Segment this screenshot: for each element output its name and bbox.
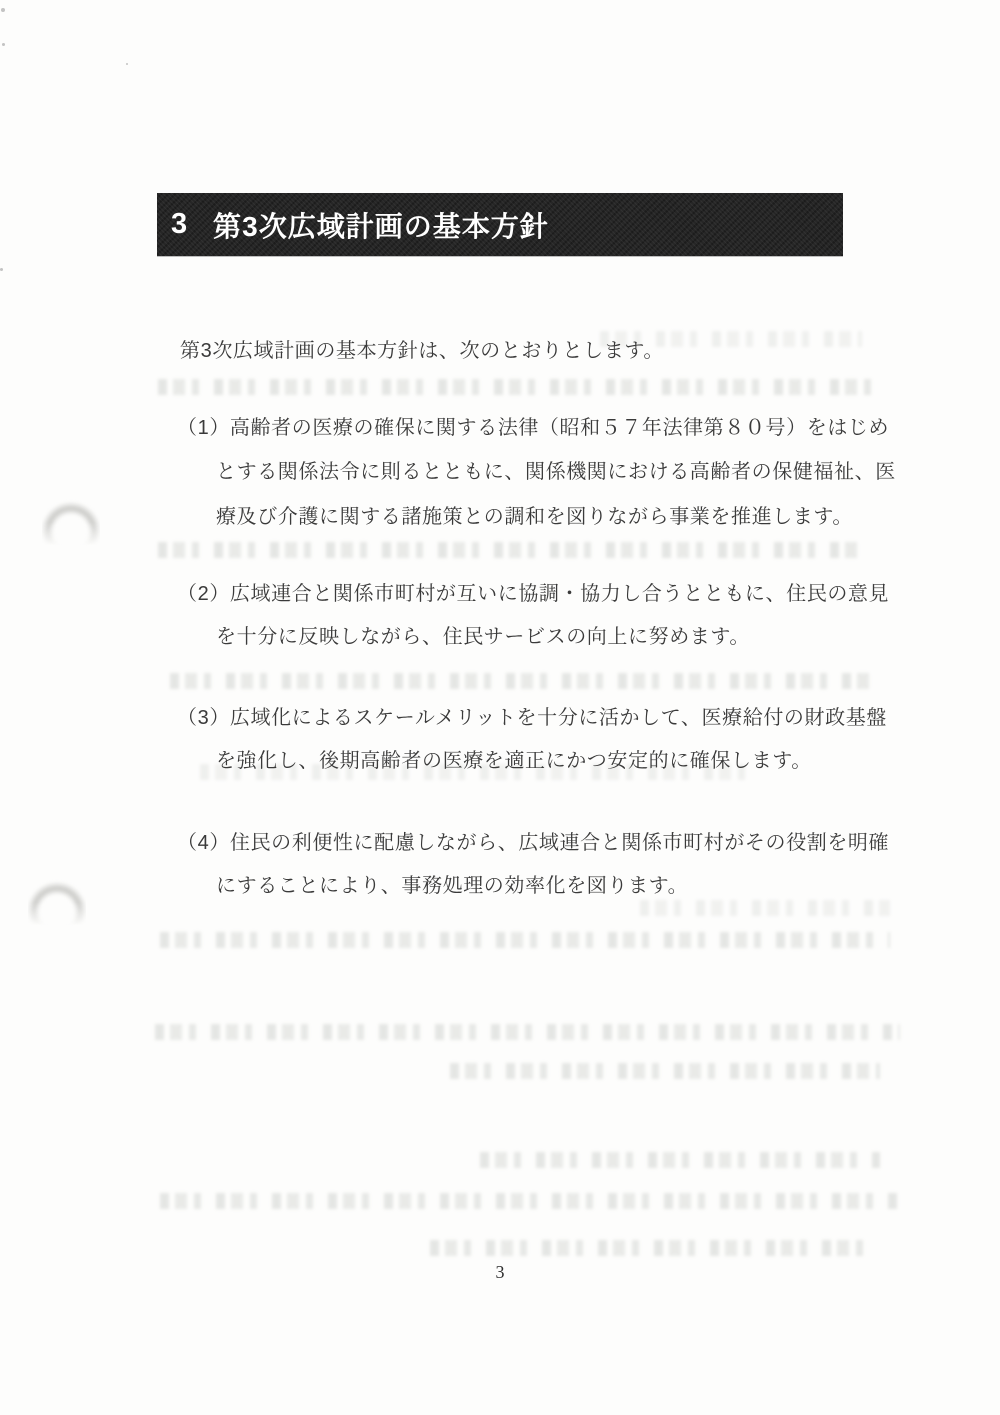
section-header-bar: 3 第3次広域計画の基本方針 (157, 193, 843, 256)
bleedthrough-line (430, 1240, 875, 1256)
bleedthrough-line (450, 1063, 880, 1079)
list-item-1-line: 療及び介護に関する諸施策との調和を図りながら事業を推進します。 (216, 500, 853, 529)
bleedthrough-line (160, 932, 890, 948)
list-item-4-line: にすることにより、事務処理の効率化を図ります。 (216, 869, 688, 898)
scanned-document-page: 3 第3次広域計画の基本方針 第3次広域計画の基本方針は、次のとおりとします。 … (0, 0, 1000, 1415)
bleedthrough-line (170, 673, 870, 689)
list-item-1-line: （1）高齢者の医療の確保に関する法律（昭和５７年法律第８０号）をはじめ (177, 411, 889, 440)
punch-hole-shadow (42, 498, 100, 556)
scan-speck (126, 63, 128, 65)
bleedthrough-line (158, 379, 883, 395)
scan-speck (0, 268, 3, 271)
bleedthrough-line (480, 1152, 880, 1168)
punch-hole-shadow (28, 878, 86, 936)
list-item-4-line: （4）住民の利便性に配慮しながら、広域連合と関係市町村がその役割を明確 (177, 826, 889, 855)
bleedthrough-line (155, 1024, 900, 1040)
list-item-2-line: を十分に反映しながら、住民サービスの向上に努めます。 (216, 620, 750, 649)
list-item-3-line: （3）広域化によるスケールメリットを十分に活かして、医療給付の財政基盤 (177, 701, 887, 730)
page-number: 3 (0, 1262, 1000, 1283)
list-item-3-line: を強化し、後期高齢者の医療を適正にかつ安定的に確保します。 (216, 744, 812, 773)
scan-speck (1, 8, 5, 12)
list-item-2-line: （2）広域連合と関係市町村が互いに協調・協力し合うとともに、住民の意見 (177, 577, 889, 606)
bleedthrough-line (160, 1193, 900, 1209)
intro-paragraph: 第3次広域計画の基本方針は、次のとおりとします。 (180, 334, 664, 363)
list-item-1-line: とする関係法令に則るとともに、関係機関における高齢者の保健福祉、医 (216, 455, 896, 484)
section-title: 第3次広域計画の基本方針 (213, 205, 549, 245)
bleedthrough-line (158, 542, 858, 558)
section-number: 3 (171, 208, 188, 241)
scan-speck (2, 43, 5, 46)
bleedthrough-line (640, 900, 890, 916)
